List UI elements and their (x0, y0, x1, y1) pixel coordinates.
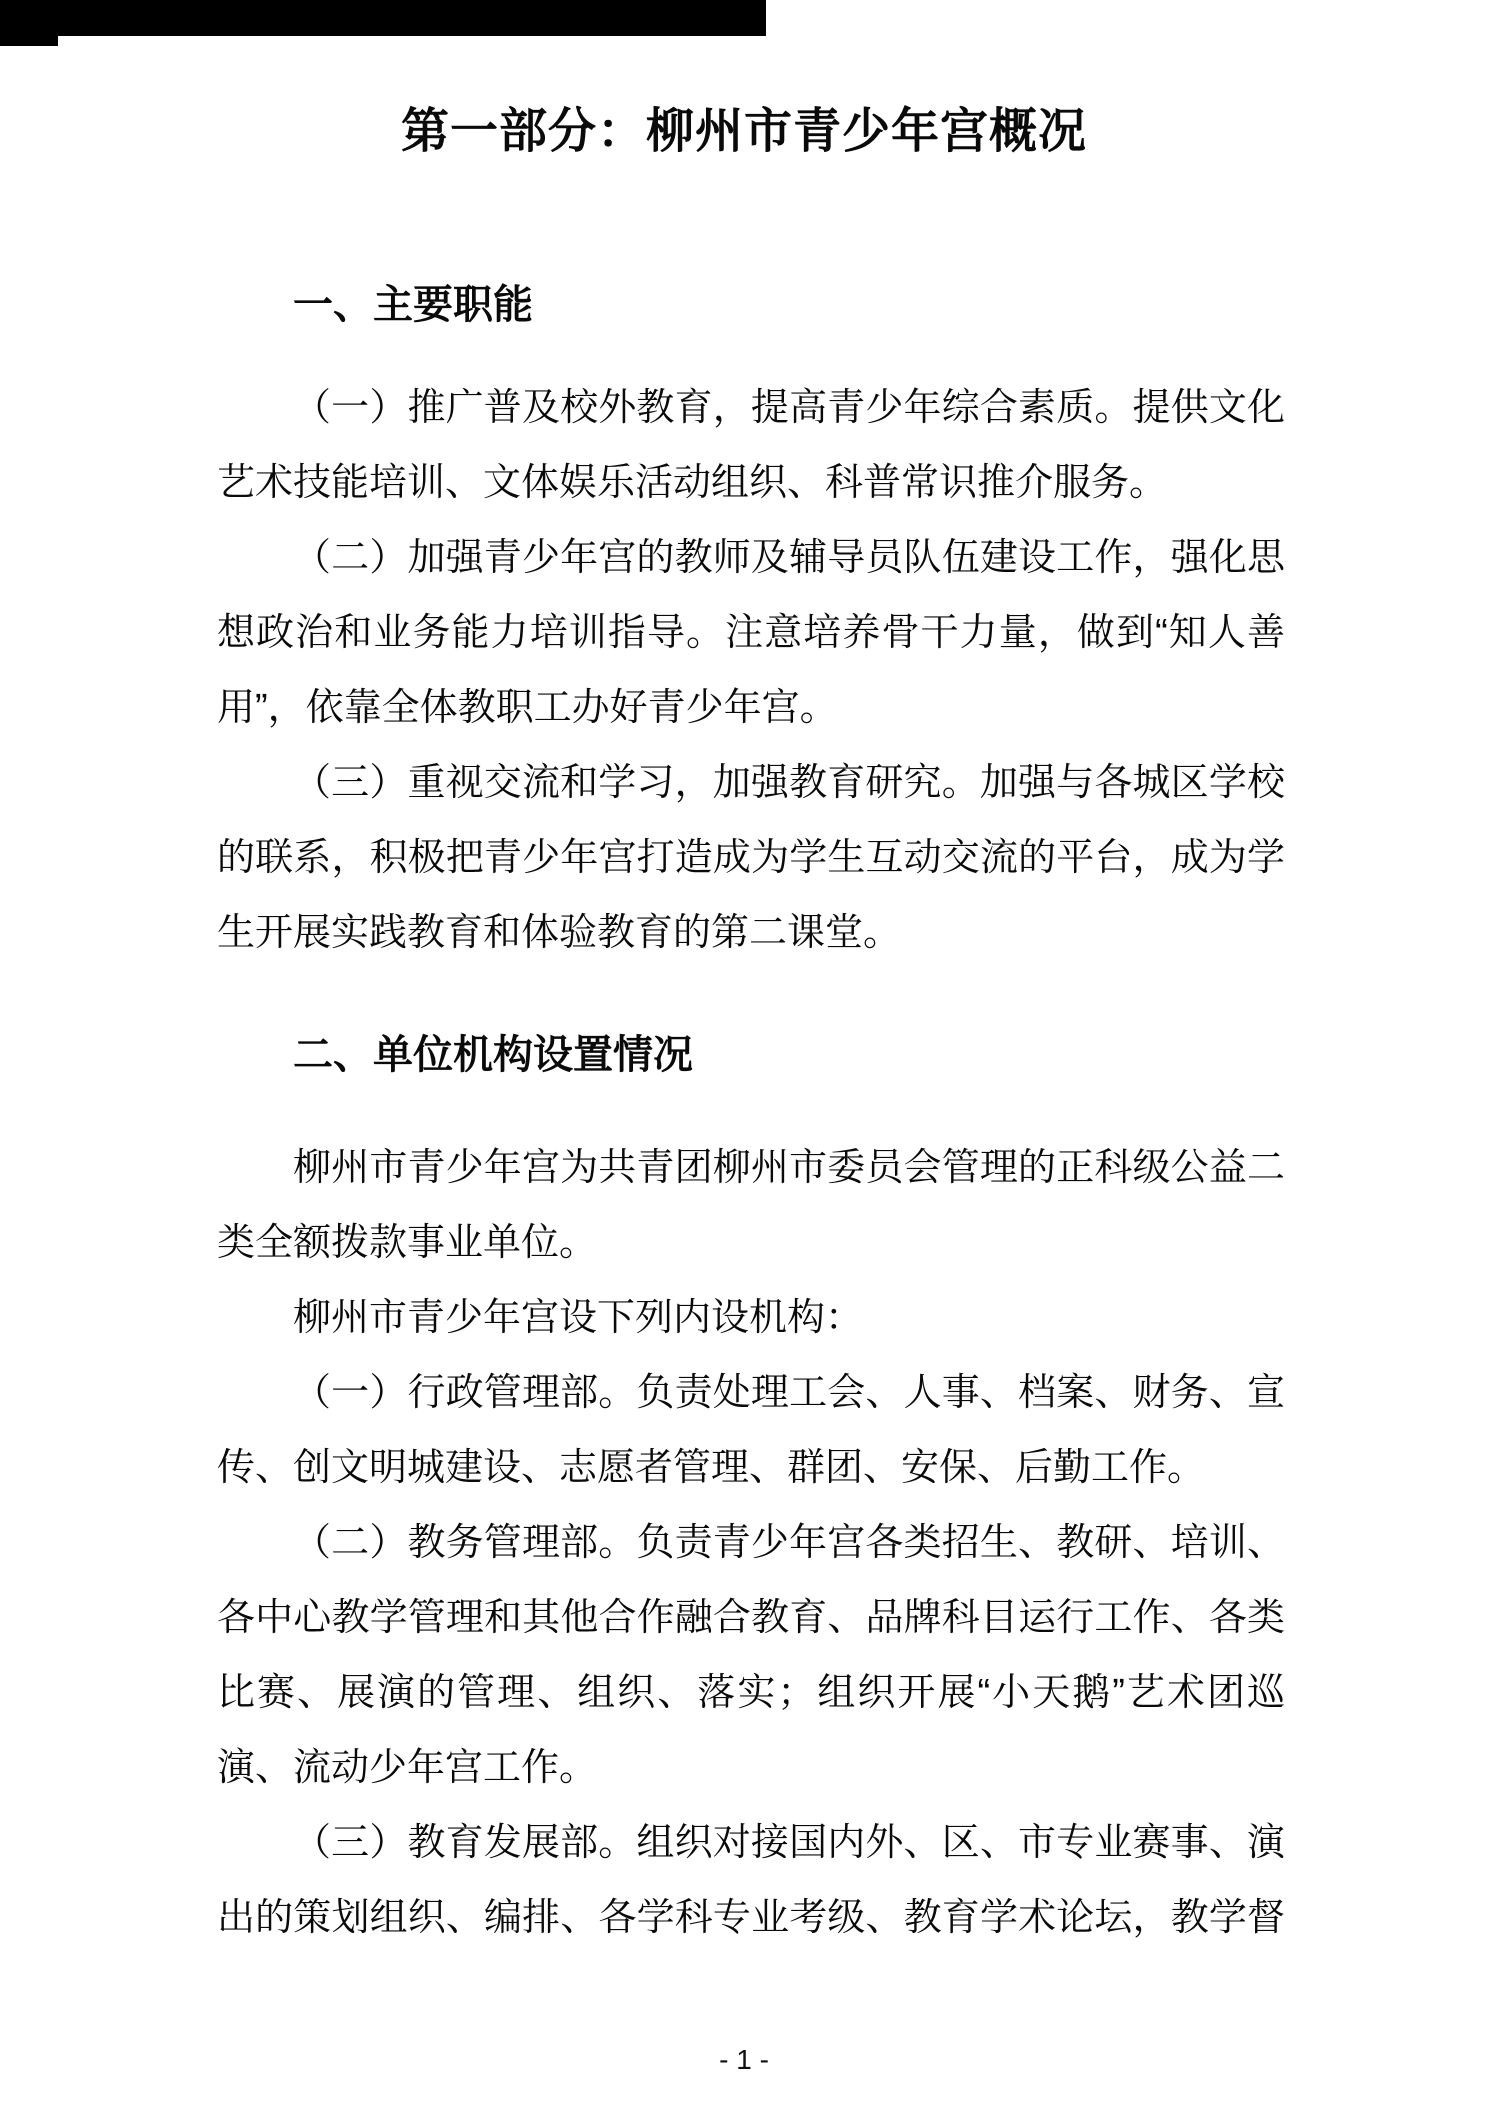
body-line: 演、流动少年宫工作。 (217, 1731, 1285, 1806)
body-line: 艺术技能培训、文体娱乐活动组织、科普常识推介服务。 (217, 446, 1285, 521)
document-page: 第一部分：柳州市青少年宫概况 一、主要职能（一）推广普及校外教育，提高青少年综合… (0, 0, 1488, 2104)
body-line: （二）加强青少年宫的教师及辅导员队伍建设工作，强化思 (217, 521, 1285, 596)
body-line: 生开展实践教育和体验教育的第二课堂。 (217, 896, 1285, 971)
section: 二、单位机构设置情况柳州市青少年宫为共青团柳州市委员会管理的正科级公益二类全额拨… (217, 1027, 1285, 1956)
body-line: （一）行政管理部。负责处理工会、人事、档案、财务、宣 (217, 1356, 1285, 1431)
scan-artifact-top-bar (0, 0, 766, 36)
body-line: 想政治和业务能力培训指导。注意培养骨干力量，做到“知人善 (217, 596, 1285, 671)
section-heading: 二、单位机构设置情况 (217, 1027, 1285, 1083)
body-line: 传、创文明城建设、志愿者管理、群团、安保、后勤工作。 (217, 1431, 1285, 1506)
sections: 一、主要职能（一）推广普及校外教育，提高青少年综合素质。提供文化艺术技能培训、文… (217, 277, 1285, 1956)
body-line: 类全额拨款事业单位。 (217, 1206, 1285, 1281)
body-line: 柳州市青少年宫为共青团柳州市委员会管理的正科级公益二 (217, 1131, 1285, 1206)
body-line: 用”，依靠全体教职工办好青少年宫。 (217, 671, 1285, 746)
body-line: （三）教育发展部。组织对接国内外、区、市专业赛事、演 (217, 1806, 1285, 1881)
page-title: 第一部分：柳州市青少年宫概况 (0, 100, 1488, 164)
body-line: （二）教务管理部。负责青少年宫各类招生、教研、培训、 (217, 1506, 1285, 1581)
body-line: 的联系，积极把青少年宫打造成为学生互动交流的平台，成为学 (217, 821, 1285, 896)
section: 一、主要职能（一）推广普及校外教育，提高青少年综合素质。提供文化艺术技能培训、文… (217, 277, 1285, 971)
body-line: （一）推广普及校外教育，提高青少年综合素质。提供文化 (217, 371, 1285, 446)
section-body: 柳州市青少年宫为共青团柳州市委员会管理的正科级公益二类全额拨款事业单位。柳州市青… (217, 1131, 1285, 1956)
page-number: - 1 - (0, 2040, 1488, 2080)
document-body: 一、主要职能（一）推广普及校外教育，提高青少年综合素质。提供文化艺术技能培训、文… (0, 277, 1488, 1956)
body-line: （三）重视交流和学习，加强教育研究。加强与各城区学校 (217, 746, 1285, 821)
section-heading: 一、主要职能 (217, 277, 1285, 333)
body-line: 比赛、展演的管理、组织、落实；组织开展“小天鹅”艺术团巡 (217, 1656, 1285, 1731)
body-line: 各中心教学管理和其他合作融合教育、品牌科目运行工作、各类 (217, 1581, 1285, 1656)
section-body: （一）推广普及校外教育，提高青少年综合素质。提供文化艺术技能培训、文体娱乐活动组… (217, 371, 1285, 971)
body-line: 柳州市青少年宫设下列内设机构： (217, 1281, 1285, 1356)
body-line: 出的策划组织、编排、各学科专业考级、教育学术论坛，教学督 (217, 1881, 1285, 1956)
